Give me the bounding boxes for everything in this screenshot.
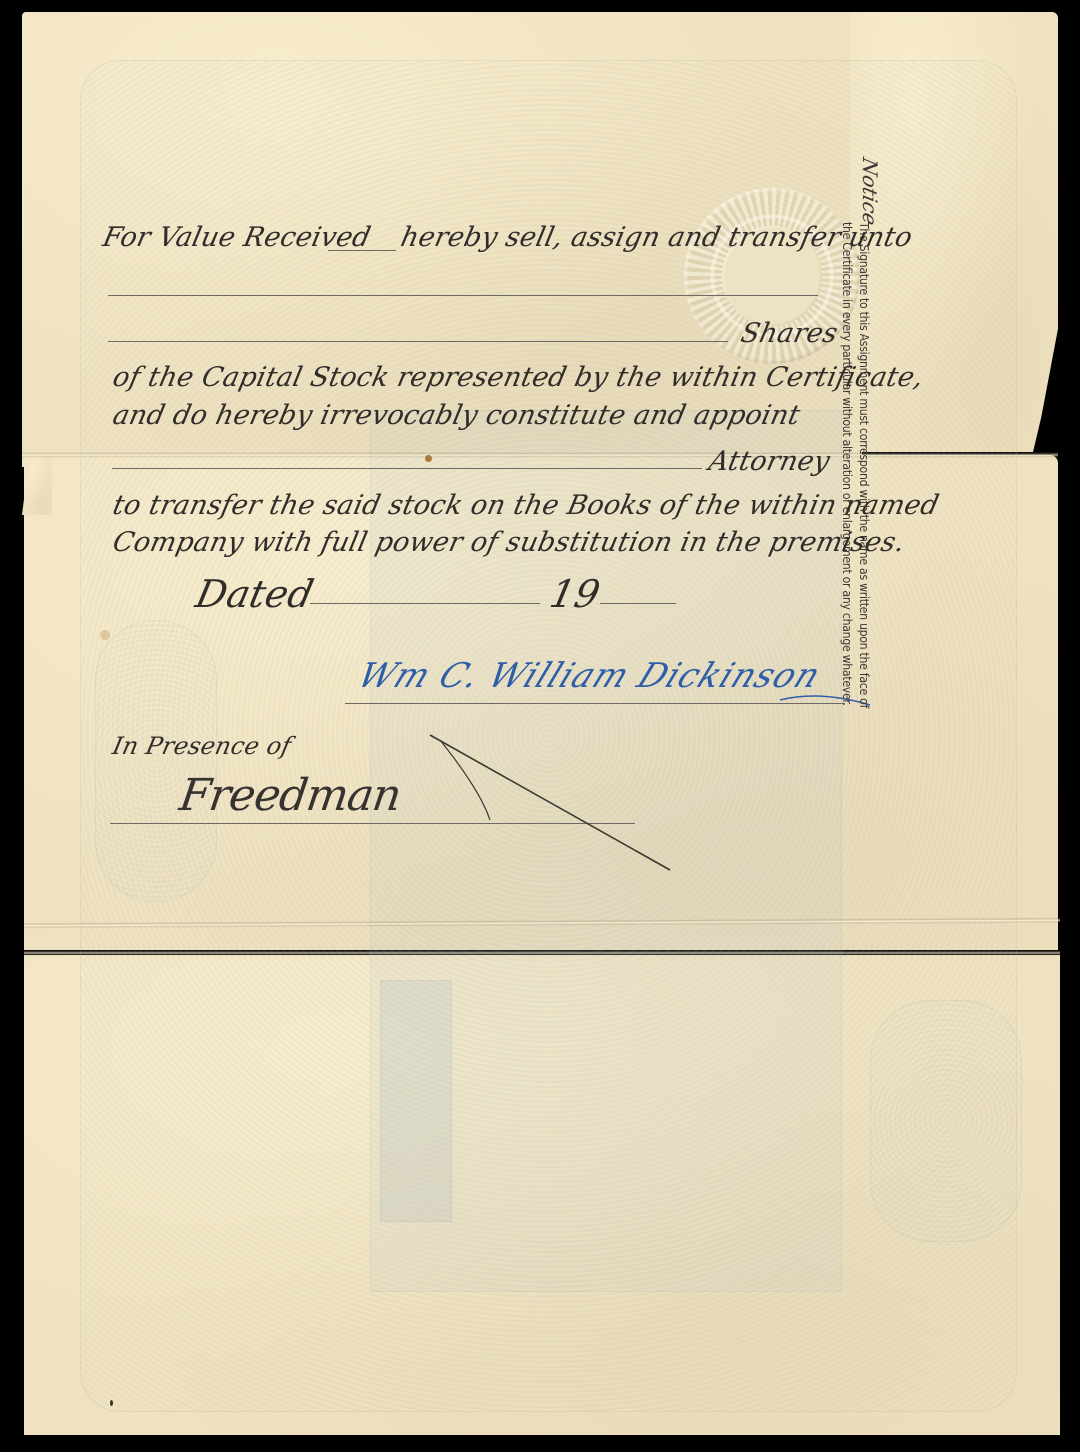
date-line xyxy=(310,603,540,604)
shares-count-line xyxy=(108,341,728,342)
assignment-notice: Notice The Signature to this Assignment … xyxy=(838,222,872,862)
for-value-received-text: For Value Received xyxy=(100,222,373,253)
transferee-name-line xyxy=(108,295,818,296)
shares-label: Shares xyxy=(738,318,841,349)
notice-line-1: The Signature to this Assignment must co… xyxy=(855,222,872,862)
substitution-text: Company with full power of substitution … xyxy=(110,527,908,558)
year-line xyxy=(600,603,676,604)
attorney-label: Attorney xyxy=(706,446,833,477)
witness-signature: Freedman xyxy=(176,770,403,821)
attorney-name-line xyxy=(112,468,702,469)
foxing-stain xyxy=(110,1400,113,1406)
bleed-through-strip xyxy=(380,980,452,1222)
notice-title: Notice xyxy=(861,156,878,227)
assignor-name-line xyxy=(328,250,396,251)
fold-line-lower-2 xyxy=(24,950,1060,956)
appoint-text: and do hereby irrevocably constitute and… xyxy=(110,400,803,431)
year-prefix: 19 xyxy=(546,572,604,616)
fold-line-upper xyxy=(22,452,1058,458)
foxing-stain xyxy=(100,630,110,640)
capital-stock-text: of the Capital Stock represented by the … xyxy=(110,362,926,393)
witness-signature-stroke xyxy=(420,730,680,880)
in-presence-of-label: In Presence of xyxy=(110,732,294,760)
assignor-signature: Wm C. William Dickinson xyxy=(352,656,827,696)
notice-line-2: the Certificate in every particular with… xyxy=(838,222,855,862)
guilloche-vignette-right xyxy=(870,1000,1022,1242)
guilloche-vignette-left xyxy=(95,620,217,902)
assignor-signature-line xyxy=(345,703,845,704)
transfer-books-text: to transfer the said stock on the Books … xyxy=(110,490,942,521)
foxing-stain xyxy=(425,455,432,462)
dated-label: Dated xyxy=(192,572,318,616)
